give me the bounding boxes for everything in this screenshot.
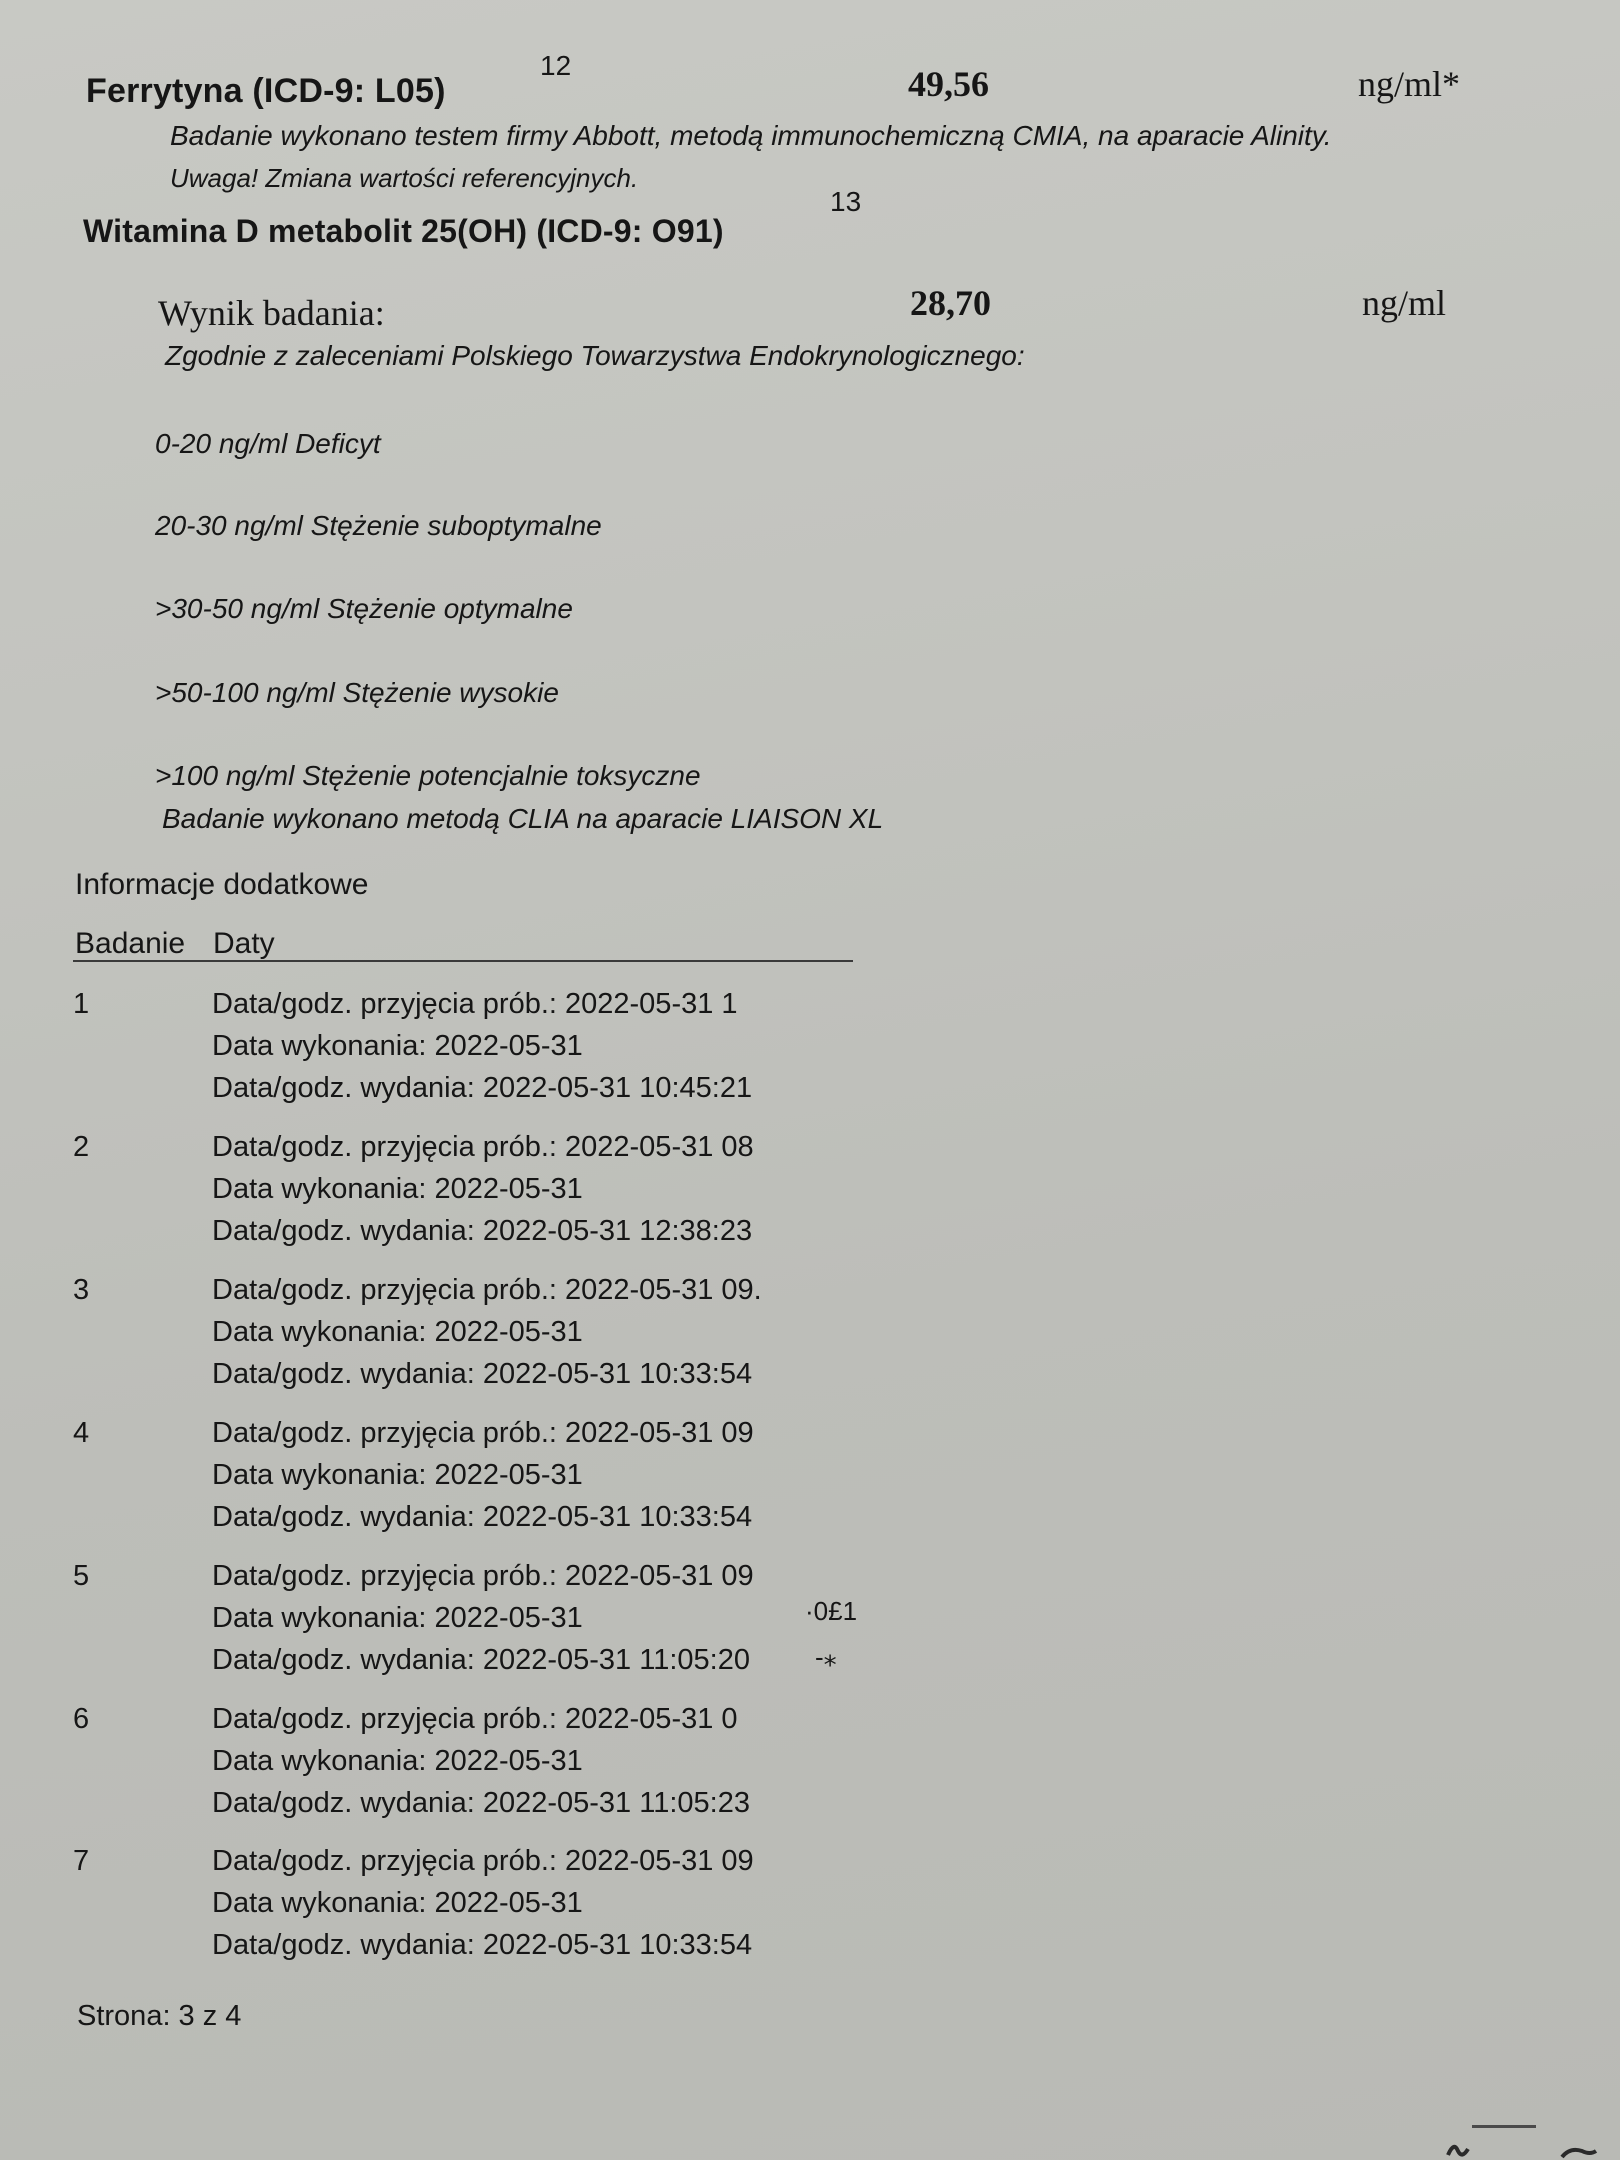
signature-line [1472,2125,1536,2128]
vitamin-d-unit: ng/ml [1362,282,1446,324]
additional-info-heading: Informacje dodatkowe [75,868,369,902]
ferritin-reference-warning: Uwaga! Zmiana wartości referencyjnych. [170,163,638,194]
row-number: 7 [73,1845,89,1878]
row-performed-date: Data wykonania: 2022-05-31 [212,1887,583,1920]
row-performed-date: Data wykonania: 2022-05-31 [212,1173,583,1206]
range-deficit: 0-20 ng/ml Deficyt [155,428,381,460]
ferritin-method-note: Badanie wykonano testem firmy Abbott, me… [170,120,1332,152]
row-performed-date: Data wykonania: 2022-05-31 [212,1459,583,1492]
vitamin-d-footnote: 13 [830,186,861,218]
row-received-date: Data/godz. przyjęcia prób.: 2022-05-31 0… [212,1131,754,1164]
row-received-date: Data/godz. przyjęcia prób.: 2022-05-31 0… [212,1274,762,1307]
row-number: 3 [73,1274,89,1307]
row-received-date: Data/godz. przyjęcia prób.: 2022-05-31 1 [212,988,738,1021]
vitamin-d-method-note: Badanie wykonano metodą CLIA na aparacie… [162,803,883,835]
row-issued-date: Data/godz. wydania: 2022-05-31 10:33:54 [212,1929,752,1962]
row-number: 5 [73,1560,89,1593]
scan-artifact-fragment: ·0£1 [805,1596,857,1627]
column-header-dates: Daty [213,927,275,961]
vitamin-d-value: 28,70 [910,282,991,324]
vitamin-d-guideline-note: Zgodnie z zaleceniami Polskiego Towarzys… [165,340,1025,372]
range-toxic: >100 ng/ml Stężenie potencjalnie toksycz… [155,760,701,792]
vitamin-d-title: Witamina D metabolit 25(OH) (ICD-9: O91) [83,213,724,250]
table-header-divider [73,960,853,962]
row-number: 6 [73,1703,89,1736]
row-received-date: Data/godz. przyjęcia prób.: 2022-05-31 0 [212,1703,738,1736]
row-received-date: Data/godz. przyjęcia prób.: 2022-05-31 0… [212,1560,754,1593]
row-performed-date: Data wykonania: 2022-05-31 [212,1316,583,1349]
column-header-test: Badanie [75,927,185,961]
row-issued-date: Data/godz. wydania: 2022-05-31 10:45:21 [212,1072,752,1105]
ferritin-unit: ng/ml* [1358,63,1460,105]
row-issued-date: Data/godz. wydania: 2022-05-31 12:38:23 [212,1215,752,1248]
vitamin-d-result-label: Wynik badania: [158,292,385,334]
ferritin-title: Ferrytyna (ICD-9: L05) [86,72,446,111]
row-performed-date: Data wykonania: 2022-05-31 [212,1030,583,1063]
row-performed-date: Data wykonania: 2022-05-31 [212,1602,583,1635]
row-received-date: Data/godz. przyjęcia prób.: 2022-05-31 0… [212,1845,754,1878]
row-number: 4 [73,1417,89,1450]
row-number: 2 [73,1131,89,1164]
row-issued-date: Data/godz. wydania: 2022-05-31 10:33:54 [212,1501,752,1534]
range-suboptimal: 20-30 ng/ml Stężenie suboptymalne [155,510,602,542]
page-indicator: Strona: 3 z 4 [77,2000,241,2033]
row-performed-date: Data wykonania: 2022-05-31 [212,1745,583,1778]
signature-scribble-icon [1440,2135,1620,2160]
row-issued-date: Data/godz. wydania: 2022-05-31 11:05:23 [212,1787,750,1820]
row-number: 1 [73,988,89,1021]
row-issued-date: Data/godz. wydania: 2022-05-31 11:05:20 [212,1644,750,1677]
scan-artifact-tail: -⁎ [815,1642,837,1673]
row-received-date: Data/godz. przyjęcia prób.: 2022-05-31 0… [212,1417,754,1450]
range-optimal: >30-50 ng/ml Stężenie optymalne [155,593,573,625]
ferritin-value: 49,56 [908,63,989,105]
row-issued-date: Data/godz. wydania: 2022-05-31 10:33:54 [212,1358,752,1391]
range-high: >50-100 ng/ml Stężenie wysokie [155,677,559,709]
ferritin-footnote: 12 [540,50,571,82]
